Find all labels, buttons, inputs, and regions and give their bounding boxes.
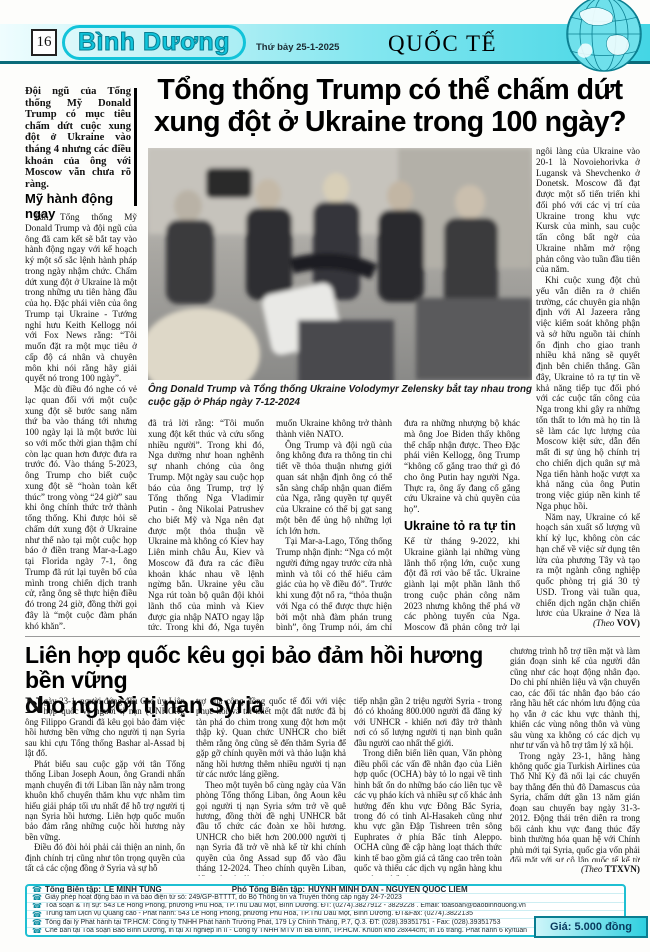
paragraph: Trong diễn biến liên quan, Văn phòng điề… bbox=[354, 748, 502, 876]
article-separator-rule bbox=[25, 636, 640, 637]
phone-icon: ☎ bbox=[32, 911, 42, 919]
ukraine-column-2: đã trả lời rằng: “Tôi muốn xung đột kết … bbox=[148, 418, 264, 632]
section-title: QUỐC TẾ bbox=[388, 32, 497, 56]
ukraine-headline: Tổng thống Trump có thể chấm dứt xung độ… bbox=[138, 74, 642, 138]
editor-label: Tổng Biên tập: bbox=[45, 886, 101, 894]
paragraph: muốn Ukraine không trở thành thành viên … bbox=[276, 418, 392, 440]
paragraph: đưa ra những nhượng bộ khác mà ông Joe B… bbox=[404, 418, 520, 515]
paragraph: Phát biểu sau cuộc gặp với tân Tổng thốn… bbox=[25, 759, 185, 843]
paragraph: trợ của cộng đồng quốc tế đối với việc p… bbox=[196, 696, 346, 780]
ukraine-column-5: ngôi làng của Ukraine vào 20-1 là Novoie… bbox=[536, 146, 640, 632]
lead-divider-rule bbox=[134, 88, 137, 206]
colophon-row: ☎ Tòa soạn & Trị sự: 543 Lê Hồng Phong, … bbox=[27, 903, 624, 911]
article-photo bbox=[148, 148, 532, 380]
edition-date: Thứ bảy 25-1-2025 bbox=[256, 43, 339, 53]
ukraine-headline-line1: Tổng thống Trump có thể chấm dứt bbox=[157, 74, 622, 106]
photo-illustration bbox=[148, 148, 532, 380]
ukraine-column-1: Tân Tổng thống Mỹ Donald Trump và đội ng… bbox=[25, 212, 137, 632]
deputy-editor-names: HUỲNH MINH DÂN - NGUYỄN QUỐC LIÊM bbox=[308, 886, 468, 894]
globe-icon bbox=[552, 0, 648, 76]
syria-column-2: trợ của cộng đồng quốc tế đối với việc p… bbox=[196, 696, 346, 876]
syria-column-4: chương trình hỗ trợ tiền mặt và làm gián… bbox=[510, 646, 640, 876]
page-number: 16 bbox=[31, 29, 57, 56]
ukraine-source-credit: (Theo VOV) bbox=[536, 618, 640, 629]
masthead-logo: Bình Dương bbox=[62, 25, 246, 60]
paragraph: ngôi làng của Ukraine vào 20-1 là Novoie… bbox=[536, 146, 640, 275]
phone-icon: ☎ bbox=[32, 928, 42, 935]
column-text: chương trình hỗ trợ tiền mặt và làm gián… bbox=[510, 646, 640, 862]
syria-column-3: tiếp nhận gần 2 triệu người Syria - tron… bbox=[354, 696, 502, 876]
paragraph: Tại Mar-a-Lago, Tổng thống Trump nhận đị… bbox=[276, 536, 392, 632]
editor-name: LÊ MINH TÙNG bbox=[104, 886, 162, 894]
colophon-row-editors: ☎ Tổng Biên tập: LÊ MINH TÙNG Phó Tổng B… bbox=[27, 886, 624, 894]
masthead-logo-text: Bình Dương bbox=[78, 30, 230, 55]
paragraph: Năm nay, Ukraine có kế hoạch sản xuất số… bbox=[536, 512, 640, 617]
drop-cap: N bbox=[25, 696, 44, 716]
paragraph: Trong ngày 23-1, hãng hàng không quốc gi… bbox=[510, 751, 640, 862]
paragraph: Theo một tuyên bố cùng ngày của Văn phòn… bbox=[196, 780, 346, 876]
colophon-line: Giấy phép hoạt động báo in và báo điện t… bbox=[45, 895, 402, 902]
paragraph: Kể từ tháng 9-2022, khi Ukraine giành lạ… bbox=[404, 536, 520, 632]
paragraph: Mặc dù điều đó nghe có vẻ lạc quan đối v… bbox=[25, 384, 137, 631]
syria-column-1: Ngày 23-1, người đứng đầu Cao ủy Liên hợ… bbox=[25, 696, 185, 876]
paragraph: Tân Tổng thống Mỹ Donald Trump và đội ng… bbox=[25, 212, 137, 384]
paragraph: đã trả lời rằng: “Tôi muốn xung đột kết … bbox=[148, 418, 264, 632]
colophon-row: ☎ Giấy phép hoạt động báo in và báo điện… bbox=[27, 894, 624, 902]
paragraph: chương trình hỗ trợ tiền mặt và làm gián… bbox=[510, 646, 640, 751]
paragraph: Sự vội vàng của ông Trump khiến Ukraine … bbox=[25, 631, 137, 632]
phone-icon: ☎ bbox=[32, 894, 42, 902]
ukraine-column-3: muốn Ukraine không trở thành thành viên … bbox=[276, 418, 392, 632]
phone-icon: ☎ bbox=[32, 919, 42, 927]
syria-headline-line1: Liên hợp quốc kêu gọi bảo đảm hồi hương … bbox=[25, 642, 483, 693]
ukraine-column-4: đưa ra những nhượng bộ khác mà ông Joe B… bbox=[404, 418, 520, 632]
paragraph: Khi cuộc xung đột chủ yếu vẫn diễn ra ở … bbox=[536, 275, 640, 512]
syria-source-credit: (Theo TTXVN) bbox=[510, 864, 640, 874]
colophon-line: Chế bản tại Tòa soạn Báo Bình Dương, in … bbox=[45, 928, 527, 935]
phone-icon: ☎ bbox=[32, 903, 42, 911]
colophon-line: Trung tâm Dịch vụ Quảng cáo - Phát hành:… bbox=[45, 911, 473, 918]
paragraph: tiếp nhận gần 2 triệu người Syria - tron… bbox=[354, 696, 502, 748]
paragraph: Ông Trump và đội ngũ của ông không đưa r… bbox=[276, 440, 392, 537]
colophon-line: Tòa soạn & Trị sự: 543 Lê Hồng Phong, ph… bbox=[45, 903, 526, 910]
paragraph: Điều đó đòi hỏi phải cải thiện an ninh, … bbox=[25, 842, 185, 873]
price-tag: Giá: 5.000 đồng bbox=[534, 916, 648, 938]
deputy-editor-label: Phó Tổng Biên tập: bbox=[232, 886, 305, 894]
column-text: ngôi làng của Ukraine vào 20-1 là Novoie… bbox=[536, 146, 640, 616]
ukraine-headline-line2: xung đột ở Ukraine trong 100 ngày? bbox=[154, 106, 626, 138]
phone-icon: ☎ bbox=[32, 886, 42, 894]
ukraine-lead-paragraph: Đội ngũ của Tổng thống Mỹ Donald Trump c… bbox=[25, 86, 131, 190]
colophon-line: Tổng đại lý Phát hành tại TP.HCM: Công t… bbox=[45, 920, 501, 927]
photo-caption: Ông Donald Trump và Tổng thống Ukraine V… bbox=[148, 384, 532, 409]
paragraph: Ngày 23-1, người đứng đầu Cao ủy Liên hợ… bbox=[25, 696, 185, 759]
subhead-ukraine-confident: Ukraine tỏ ra tự tin bbox=[404, 519, 520, 533]
